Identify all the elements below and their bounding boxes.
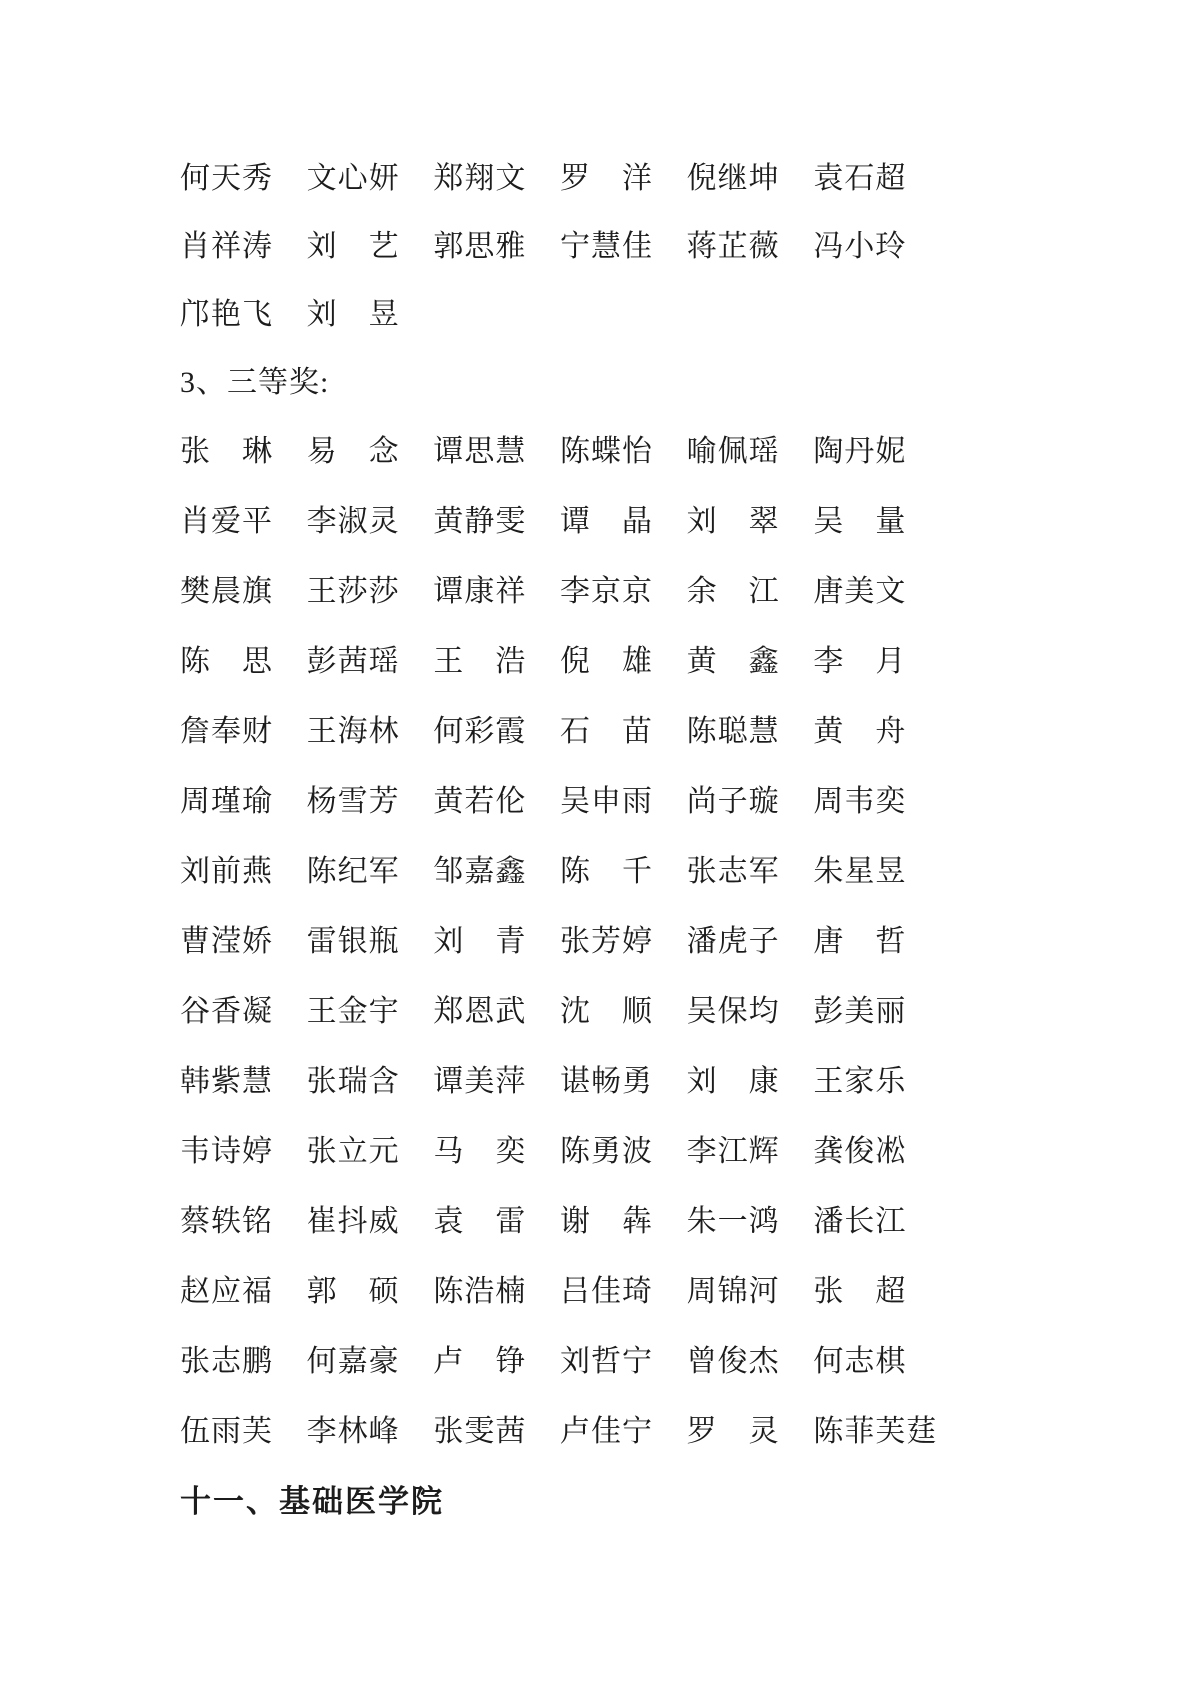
person-name: 刘 昱	[307, 289, 434, 333]
second-prize-names-continued: 何天秀文心妍郑翔文罗 洋倪继坤袁石超肖祥涛刘 艺郭思雅宁慧佳蒋芷薇冯小玲邝艳飞刘…	[180, 141, 940, 345]
person-name: 韩紫慧	[180, 1056, 307, 1100]
person-name: 谭美萍	[433, 1056, 560, 1100]
name-row: 谷香凝王金宇郑恩武沈 顺吴保均彭美丽	[180, 973, 940, 1043]
person-name: 李淑灵	[307, 496, 434, 540]
person-name: 马 奕	[433, 1126, 560, 1170]
person-name: 蔡轶铭	[180, 1196, 307, 1240]
person-name: 谭 晶	[560, 496, 687, 540]
person-name: 王海林	[307, 706, 434, 750]
person-name: 李林峰	[307, 1406, 434, 1450]
person-name: 倪继坤	[687, 153, 814, 197]
document-page: 何天秀文心妍郑翔文罗 洋倪继坤袁石超肖祥涛刘 艺郭思雅宁慧佳蒋芷薇冯小玲邝艳飞刘…	[0, 0, 1191, 1684]
name-row: 张志鹏何嘉豪卢 铮刘哲宁曾俊杰何志棋	[180, 1323, 940, 1393]
person-name: 周锦河	[687, 1266, 814, 1310]
name-row: 詹奉财王海林何彩霞石 苗陈聪慧黄 舟	[180, 693, 940, 763]
person-name: 何志棋	[813, 1336, 940, 1380]
person-name: 陈浩楠	[433, 1266, 560, 1310]
person-name: 谌畅勇	[560, 1056, 687, 1100]
name-row: 邝艳飞刘 昱	[180, 277, 940, 345]
person-name: 肖爱平	[180, 496, 307, 540]
person-name: 张 超	[813, 1266, 940, 1310]
person-name: 谭康祥	[433, 566, 560, 610]
person-name: 王 浩	[433, 636, 560, 680]
person-name: 陈勇波	[560, 1126, 687, 1170]
person-name: 李江辉	[687, 1126, 814, 1170]
person-name: 周瑾瑜	[180, 776, 307, 820]
name-row: 肖爱平李淑灵黄静雯谭 晶刘 翠吴 量	[180, 483, 940, 553]
person-name: 张芳婷	[560, 916, 687, 960]
person-name: 王金宇	[307, 986, 434, 1030]
person-name: 吴申雨	[560, 776, 687, 820]
person-name: 张雯茜	[433, 1406, 560, 1450]
college-section-heading: 十一、基础医学院	[180, 1463, 940, 1533]
name-row: 蔡轶铭崔抖威袁 雷谢 犇朱一鸿潘长江	[180, 1183, 940, 1253]
person-name: 黄若伦	[433, 776, 560, 820]
person-name: 文心妍	[307, 153, 434, 197]
person-name: 谢 犇	[560, 1196, 687, 1240]
person-name: 陈纪军	[307, 846, 434, 890]
person-name: 樊晨旗	[180, 566, 307, 610]
person-name: 张志军	[687, 846, 814, 890]
name-row: 韦诗婷张立元马 奕陈勇波李江辉龚俊凇	[180, 1113, 940, 1183]
name-row: 何天秀文心妍郑翔文罗 洋倪继坤袁石超	[180, 141, 940, 209]
person-name: 黄静雯	[433, 496, 560, 540]
person-name: 黄 舟	[813, 706, 940, 750]
person-name: 罗 洋	[560, 153, 687, 197]
person-name: 邝艳飞	[180, 289, 307, 333]
person-name: 张 琳	[180, 426, 307, 470]
person-name: 朱星昱	[813, 846, 940, 890]
person-name: 吴保均	[687, 986, 814, 1030]
person-name: 卢佳宁	[560, 1406, 687, 1450]
person-name: 伍雨芙	[180, 1406, 307, 1450]
name-row: 韩紫慧张瑞含谭美萍谌畅勇刘 康王家乐	[180, 1043, 940, 1113]
person-name: 陈蝶怡	[560, 426, 687, 470]
person-name: 黄 鑫	[687, 636, 814, 680]
person-name: 朱一鸿	[687, 1196, 814, 1240]
person-name: 郑恩武	[433, 986, 560, 1030]
person-name: 冯小玲	[813, 221, 940, 265]
person-name: 陈 思	[180, 636, 307, 680]
person-name: 卢 铮	[433, 1336, 560, 1380]
person-name: 谭思慧	[433, 426, 560, 470]
person-name: 何天秀	[180, 153, 307, 197]
person-name: 邹嘉鑫	[433, 846, 560, 890]
person-name: 蒋芷薇	[687, 221, 814, 265]
name-row: 周瑾瑜杨雪芳黄若伦吴申雨尚子璇周韦奕	[180, 763, 940, 833]
person-name: 何嘉豪	[307, 1336, 434, 1380]
person-name: 郭 硕	[307, 1266, 434, 1310]
person-name: 石 苗	[560, 706, 687, 750]
person-name: 刘前燕	[180, 846, 307, 890]
name-row: 陈 思彭茜瑶王 浩倪 雄黄 鑫李 月	[180, 623, 940, 693]
person-name: 郑翔文	[433, 153, 560, 197]
person-name: 李 月	[813, 636, 940, 680]
person-name: 刘 艺	[307, 221, 434, 265]
person-name: 潘虎子	[687, 916, 814, 960]
person-name: 雷银瓶	[307, 916, 434, 960]
person-name: 谷香凝	[180, 986, 307, 1030]
person-name: 唐美文	[813, 566, 940, 610]
person-name: 余 江	[687, 566, 814, 610]
person-name: 易 念	[307, 426, 434, 470]
person-name: 倪 雄	[560, 636, 687, 680]
person-name: 肖祥涛	[180, 221, 307, 265]
name-row: 赵应福郭 硕陈浩楠吕佳琦周锦河张 超	[180, 1253, 940, 1323]
person-name: 彭茜瑶	[307, 636, 434, 680]
person-name: 周韦奕	[813, 776, 940, 820]
person-name: 袁 雷	[433, 1196, 560, 1240]
person-name: 詹奉财	[180, 706, 307, 750]
person-name: 曹滢娇	[180, 916, 307, 960]
person-name: 唐 哲	[813, 916, 940, 960]
third-prize-heading: 3、三等奖:	[180, 345, 940, 413]
person-name: 杨雪芳	[307, 776, 434, 820]
person-name: 赵应福	[180, 1266, 307, 1310]
person-name: 曾俊杰	[687, 1336, 814, 1380]
person-name: 袁石超	[813, 153, 940, 197]
person-name: 王莎莎	[307, 566, 434, 610]
person-name: 尚子璇	[687, 776, 814, 820]
person-name: 崔抖威	[307, 1196, 434, 1240]
person-name: 韦诗婷	[180, 1126, 307, 1170]
person-name: 李京京	[560, 566, 687, 610]
person-name: 刘 康	[687, 1056, 814, 1100]
name-row: 伍雨芙李林峰张雯茜卢佳宁罗 灵陈菲芙莛	[180, 1393, 940, 1463]
person-name: 陈菲芙莛	[813, 1406, 940, 1450]
name-row: 张 琳易 念谭思慧陈蝶怡喻佩瑶陶丹妮	[180, 413, 940, 483]
person-name: 吴 量	[813, 496, 940, 540]
person-name: 张志鹏	[180, 1336, 307, 1380]
name-row: 肖祥涛刘 艺郭思雅宁慧佳蒋芷薇冯小玲	[180, 209, 940, 277]
person-name: 刘 青	[433, 916, 560, 960]
person-name: 罗 灵	[687, 1406, 814, 1450]
person-name: 陈聪慧	[687, 706, 814, 750]
name-row: 樊晨旗王莎莎谭康祥李京京余 江唐美文	[180, 553, 940, 623]
person-name: 陈 千	[560, 846, 687, 890]
name-row: 刘前燕陈纪军邹嘉鑫陈 千张志军朱星昱	[180, 833, 940, 903]
person-name: 陶丹妮	[813, 426, 940, 470]
person-name: 沈 顺	[560, 986, 687, 1030]
person-name: 宁慧佳	[560, 221, 687, 265]
person-name: 吕佳琦	[560, 1266, 687, 1310]
person-name: 王家乐	[813, 1056, 940, 1100]
person-name: 龚俊凇	[813, 1126, 940, 1170]
name-row: 曹滢娇雷银瓶刘 青张芳婷潘虎子唐 哲	[180, 903, 940, 973]
person-name: 张立元	[307, 1126, 434, 1170]
person-name: 刘哲宁	[560, 1336, 687, 1380]
person-name: 潘长江	[813, 1196, 940, 1240]
person-name: 刘 翠	[687, 496, 814, 540]
person-name: 何彩霞	[433, 706, 560, 750]
person-name: 张瑞含	[307, 1056, 434, 1100]
person-name: 郭思雅	[433, 221, 560, 265]
person-name: 喻佩瑶	[687, 426, 814, 470]
person-name: 彭美丽	[813, 986, 940, 1030]
third-prize-names: 张 琳易 念谭思慧陈蝶怡喻佩瑶陶丹妮肖爱平李淑灵黄静雯谭 晶刘 翠吴 量樊晨旗王…	[180, 413, 940, 1463]
